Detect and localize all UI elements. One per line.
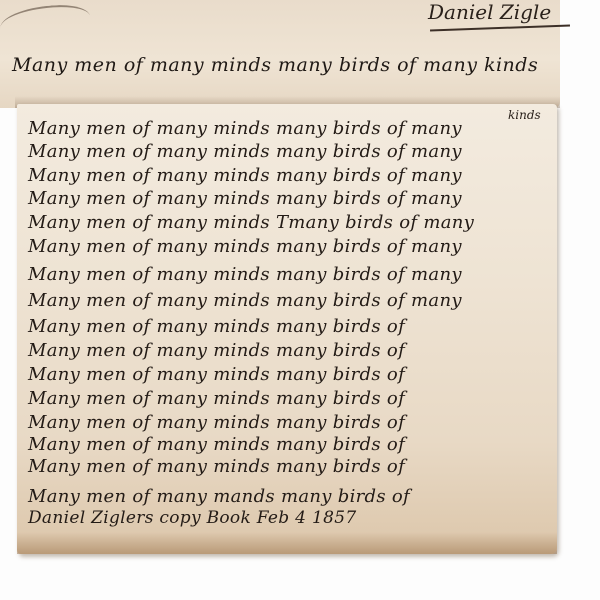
copy-line: Many men of many minds Tmany birds of ma… [28, 212, 558, 233]
copy-line: Many men of many minds many birds of man… [28, 236, 558, 257]
copy-line: Many men of many minds many birds of [28, 456, 558, 477]
copy-line: Many men of many minds many birds of man… [28, 118, 558, 139]
copy-line: Many men of many minds many birds of man… [28, 188, 558, 209]
copy-line: Many men of many mands many birds of [28, 486, 558, 507]
copy-line: Many men of many minds many birds of man… [28, 264, 558, 285]
copy-line: Many men of many minds many birds of [28, 388, 558, 409]
copy-line: Many men of many minds many birds of man… [28, 290, 558, 311]
copy-line: Many men of many minds many birds of [28, 412, 558, 433]
copy-line: Many men of many minds many birds of man… [28, 165, 558, 186]
copy-line: Many men of many minds many birds of man… [28, 141, 558, 162]
copy-line: Many men of many minds many birds of [28, 364, 558, 385]
copy-line: Many men of many minds many birds of [28, 316, 558, 337]
top-page-line: Many men of many minds many birds of man… [12, 54, 572, 76]
copy-line: Many men of many minds many birds of [28, 434, 558, 455]
copybook-footer: Daniel Ziglers copy Book Feb 4 1857 [28, 508, 558, 528]
copy-line: Many men of many minds many birds of [28, 340, 558, 361]
